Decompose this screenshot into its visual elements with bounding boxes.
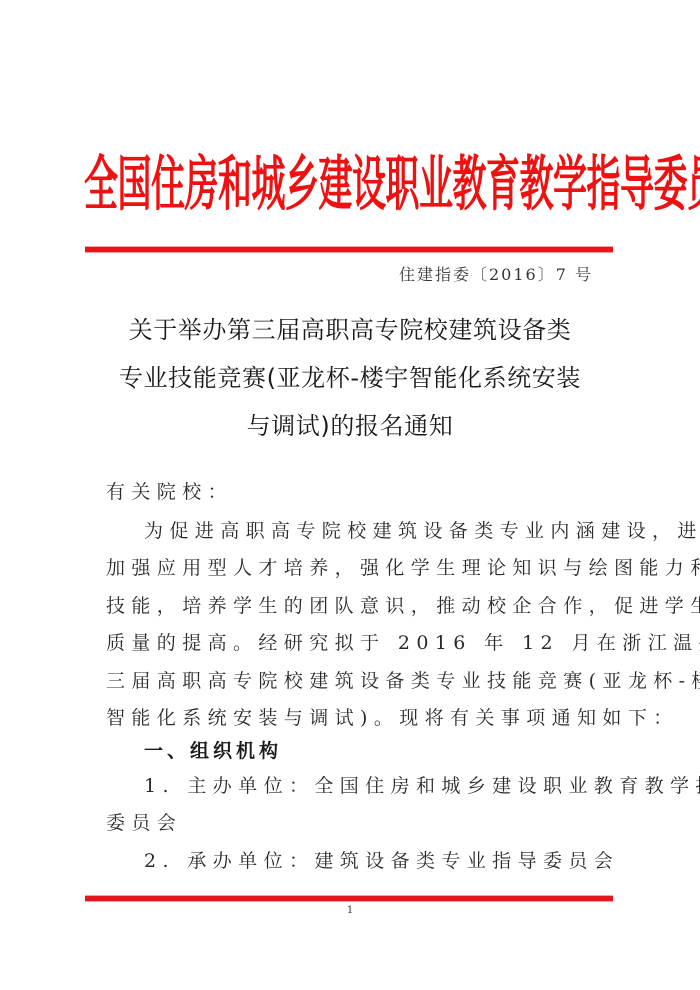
paragraph-line-1: 为促进高职高专院校建筑设备类专业内涵建设，进一步 (144, 518, 700, 544)
page-number: 1 (0, 904, 700, 918)
document-number: 住建指委〔2016〕7 号 (399, 262, 593, 288)
paragraph-line-2: 加强应用型人才培养，强化学生理论知识与绘图能力和操作 (106, 555, 700, 581)
section-heading-organization: 一、组织机构 (144, 738, 282, 764)
footer-red-rule (85, 896, 613, 901)
item-1-line-1: 1. 主办单位：全国住房和城乡建设职业教育教学指导 (144, 773, 700, 799)
masthead-title: 全国住房和城乡建设职业教育教学指导委员会 (84, 120, 610, 250)
document-page: 全国住房和城乡建设职业教育教学指导委员会 住建指委〔2016〕7 号 关于举办第… (0, 0, 700, 990)
notice-title-line-2: 专业技能竞赛(亚龙杯-楼宇智能化系统安装 (0, 363, 700, 393)
paragraph-line-5: 三届高职高专院校建筑设备类专业技能竞赛(亚龙杯-楼宇 (106, 668, 700, 694)
item-1-line-2: 委员会 (106, 810, 182, 836)
notice-title-line-3: 与调试)的报名通知 (0, 411, 700, 441)
salutation: 有关院校： (106, 479, 233, 505)
item-2-line-1: 2. 承办单位：建筑设备类专业指导委员会 (144, 848, 619, 874)
paragraph-line-3: 技能，培养学生的团队意识，推动校企合作，促进学生就业 (106, 593, 700, 619)
paragraph-line-4: 质量的提高。经研究拟于 2016 年 12 月在浙江温州市举办第 (106, 630, 700, 656)
notice-title-line-1: 关于举办第三届高职高专院校建筑设备类 (0, 315, 700, 345)
paragraph-line-6: 智能化系统安装与调试)。现将有关事项通知如下： (106, 705, 679, 731)
header-red-rule (85, 247, 613, 252)
